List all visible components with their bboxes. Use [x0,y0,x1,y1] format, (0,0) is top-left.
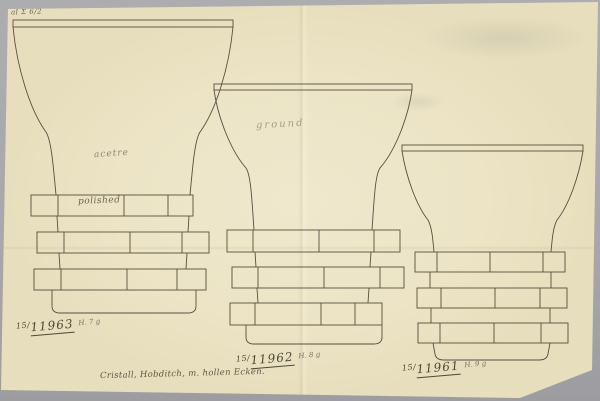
middle-vase-drawing [214,84,412,344]
size-note: H. 9 g [464,359,486,369]
left-vase-band-note: polished [78,195,121,206]
size-note: H. 8 g [298,350,320,360]
right-vase-drawing [402,145,583,360]
drawing-paper-sheet: al Σ 6/2 acetre polished ground 15/11963… [0,0,600,401]
corner-inventory-mark: al Σ 6/2 [11,7,42,16]
design-number-prefix: 15/ [402,362,417,372]
scanned-drawing-page: al Σ 6/2 acetre polished ground 15/11963… [0,0,600,401]
size-note: H. 7 g [78,317,100,327]
design-number-prefix: 15/ [16,320,31,330]
left-vase-drawing [13,20,233,313]
design-number-prefix: 15/ [236,353,251,363]
